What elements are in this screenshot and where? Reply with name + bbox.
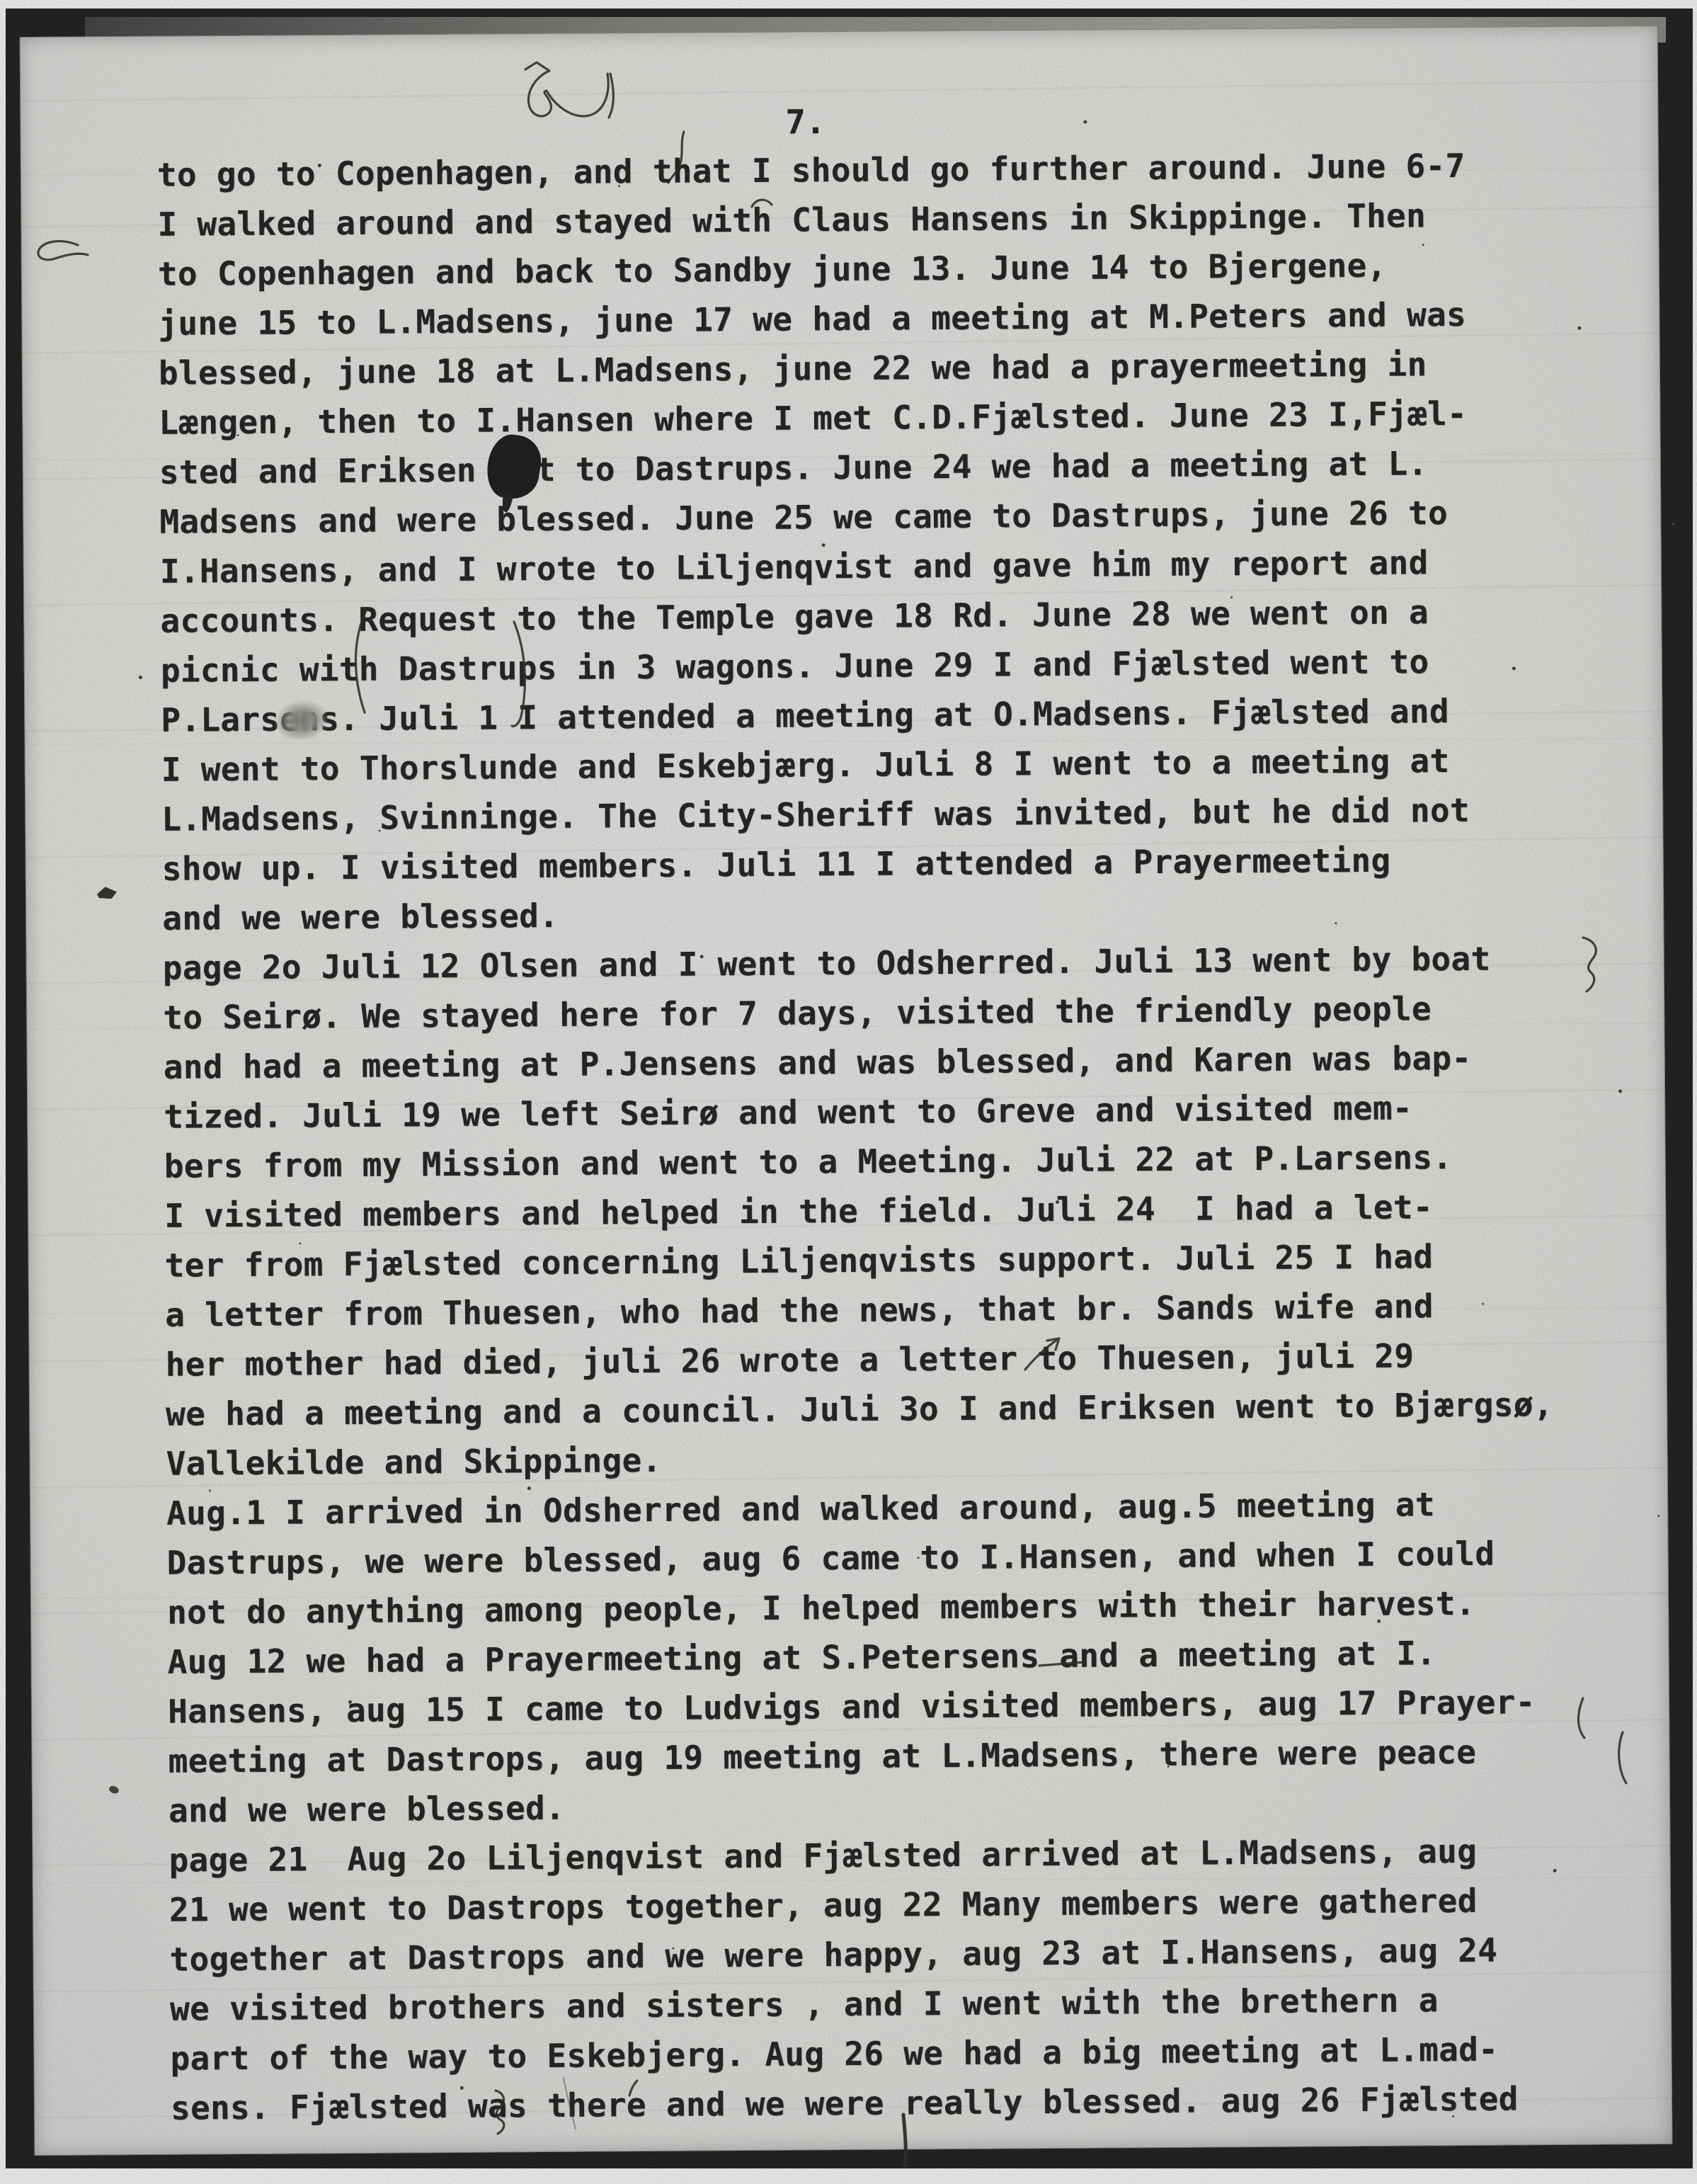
- typewritten-body-text: to go to Copenhagen, and that I should g…: [157, 140, 1558, 2133]
- scanned-document-photo: 7. to go to Copenhagen, and that I shoul…: [0, 0, 1697, 2184]
- paper-specks: [21, 38, 23, 40]
- page-number: 7.: [785, 103, 825, 142]
- ink-speck: [97, 887, 117, 899]
- document-paper: 7. to go to Copenhagen, and that I shoul…: [20, 25, 1673, 2156]
- ink-speck: [108, 1785, 120, 1795]
